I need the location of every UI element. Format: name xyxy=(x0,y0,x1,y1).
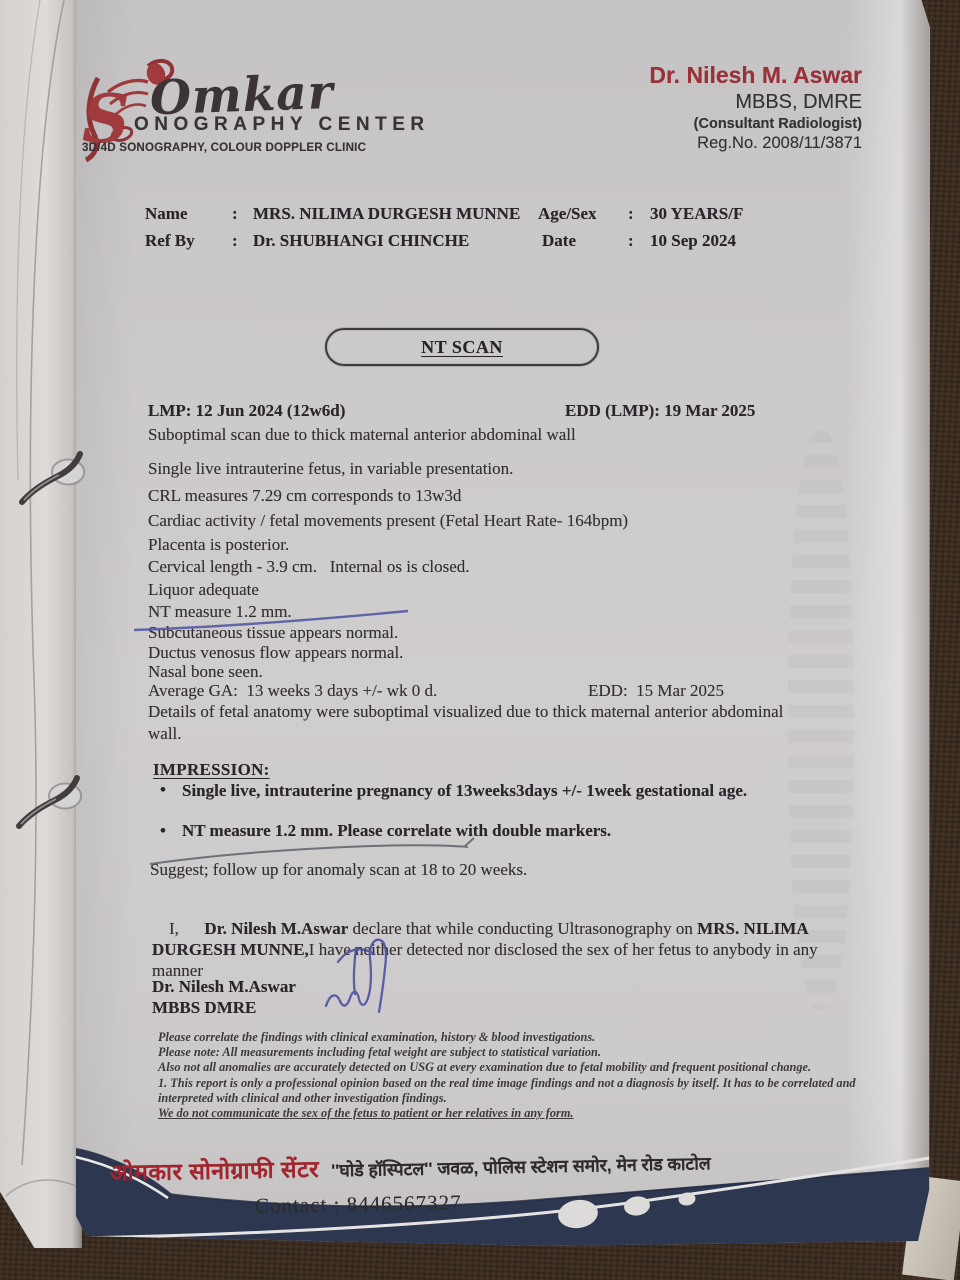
suggestion-line: Suggest; follow up for anomaly scan at 1… xyxy=(150,860,527,880)
finding-line: Liquor adequate xyxy=(148,580,259,600)
finding-line: Cardiac activity / fetal movements prese… xyxy=(148,511,628,531)
impression-item: NT measure 1.2 mm. Please correlate with… xyxy=(182,821,840,841)
gestational-age-line: Average GA: 13 weeks 3 days +/- wk 0 d. xyxy=(148,681,437,701)
finding-line: Nasal bone seen. xyxy=(148,662,263,682)
footer-address: ''घोडे हॉस्पिटल'' जवळ, पोलिस स्टेशन समोर… xyxy=(331,1153,711,1180)
report-page: Omkar S ONOGRAPHY CENTER 3D/4D SONOGRAPH… xyxy=(76,0,930,1246)
colon: : xyxy=(232,204,238,224)
age-sex-value: 30 YEARS/F xyxy=(650,204,743,224)
finding-line: Single live intrauterine fetus, in varia… xyxy=(148,459,513,479)
footer-clinic-name: ओमकार सोनोग्राफी सेंटर xyxy=(110,1156,319,1186)
disclaimer-line: Please note: All measurements including … xyxy=(158,1045,858,1060)
binder-page-stack-edge xyxy=(0,0,82,1248)
declaration-part: declare that while conducting Ultrasonog… xyxy=(348,919,697,938)
declaration-doctor-name: Dr. Nilesh M.Aswar xyxy=(204,919,348,938)
colon: : xyxy=(232,231,238,251)
finding-line: Placenta is posterior. xyxy=(148,535,289,555)
age-sex-label: Age/Sex xyxy=(538,204,597,224)
impression-item: Single live, intrauterine pregnancy of 1… xyxy=(182,780,840,802)
ref-by-label: Ref By xyxy=(145,231,195,251)
edd-line: EDD: 15 Mar 2025 xyxy=(588,681,724,701)
footer-contact: Contact : 8446567327 xyxy=(255,1190,462,1219)
declaration-part: I, xyxy=(169,919,204,938)
edd-lmp-line: EDD (LMP): 19 Mar 2025 xyxy=(565,401,755,421)
signoff-doctor-name: Dr. Nilesh M.Aswar xyxy=(152,977,296,997)
disclaimer-line: Please correlate the findings with clini… xyxy=(158,1030,858,1045)
disclaimer-line: Also not all anomalies are accurately de… xyxy=(158,1060,858,1075)
disclaimer-block: Please correlate the findings with clini… xyxy=(158,1030,858,1121)
colon: : xyxy=(628,204,634,224)
patient-name-value: MRS. NILIMA DURGESH MUNNE xyxy=(253,204,520,224)
doctor-block: Dr. Nilesh M. Aswar MBBS, DMRE (Consulta… xyxy=(649,62,862,153)
anatomy-note: Details of fetal anatomy were suboptimal… xyxy=(148,701,796,744)
doctor-registration: Reg.No. 2008/11/3871 xyxy=(649,134,862,153)
page-curl-lines xyxy=(0,0,82,1248)
lmp-line: LMP: 12 Jun 2024 (12w6d) xyxy=(148,401,345,421)
finding-line: Ductus venosus flow appears normal. xyxy=(148,643,403,663)
date-label: Date xyxy=(542,231,576,251)
ref-by-value: Dr. SHUBHANGI CHINCHE xyxy=(253,231,469,251)
report-title-box: NT SCAN xyxy=(325,328,599,366)
nt-measure-line: NT measure 1.2 mm. xyxy=(148,602,292,622)
impression-title: IMPRESSION: xyxy=(153,760,270,780)
doctor-name: Dr. Nilesh M. Aswar xyxy=(649,62,862,89)
page-show-through xyxy=(788,430,854,1010)
patient-name-label: Name xyxy=(145,204,187,224)
photo-of-report: { "clinic": { "logo_initial": "S", "name… xyxy=(0,0,960,1280)
report-title: NT SCAN xyxy=(421,337,503,358)
clinic-name-line: ONOGRAPHY CENTER xyxy=(134,114,430,136)
finding-line: Subcutaneous tissue appears normal. xyxy=(148,623,398,643)
bullet-icon: • xyxy=(160,780,166,800)
doctor-degree: MBBS, DMRE xyxy=(649,91,862,114)
disclaimer-line-underlined: We do not communicate the sex of the fet… xyxy=(158,1106,858,1121)
clinic-tagline: 3D/4D SONOGRAPHY, COLOUR DOPPLER CLINIC xyxy=(82,141,366,154)
scan-note: Suboptimal scan due to thick maternal an… xyxy=(148,425,576,445)
finding-line: Cervical length - 3.9 cm. Internal os is… xyxy=(148,557,470,577)
doctor-designation: (Consultant Radiologist) xyxy=(649,116,862,132)
signoff-doctor-degree: MBBS DMRE xyxy=(152,998,256,1018)
bullet-icon: • xyxy=(160,821,166,841)
binder-ring-icon xyxy=(15,764,99,830)
disclaimer-line: 1. This report is only a professional op… xyxy=(158,1076,858,1106)
binder-ring-icon xyxy=(18,440,102,506)
colon: : xyxy=(628,231,634,251)
finding-line: CRL measures 7.29 cm corresponds to 13w3… xyxy=(148,486,461,506)
date-value: 10 Sep 2024 xyxy=(650,231,736,251)
